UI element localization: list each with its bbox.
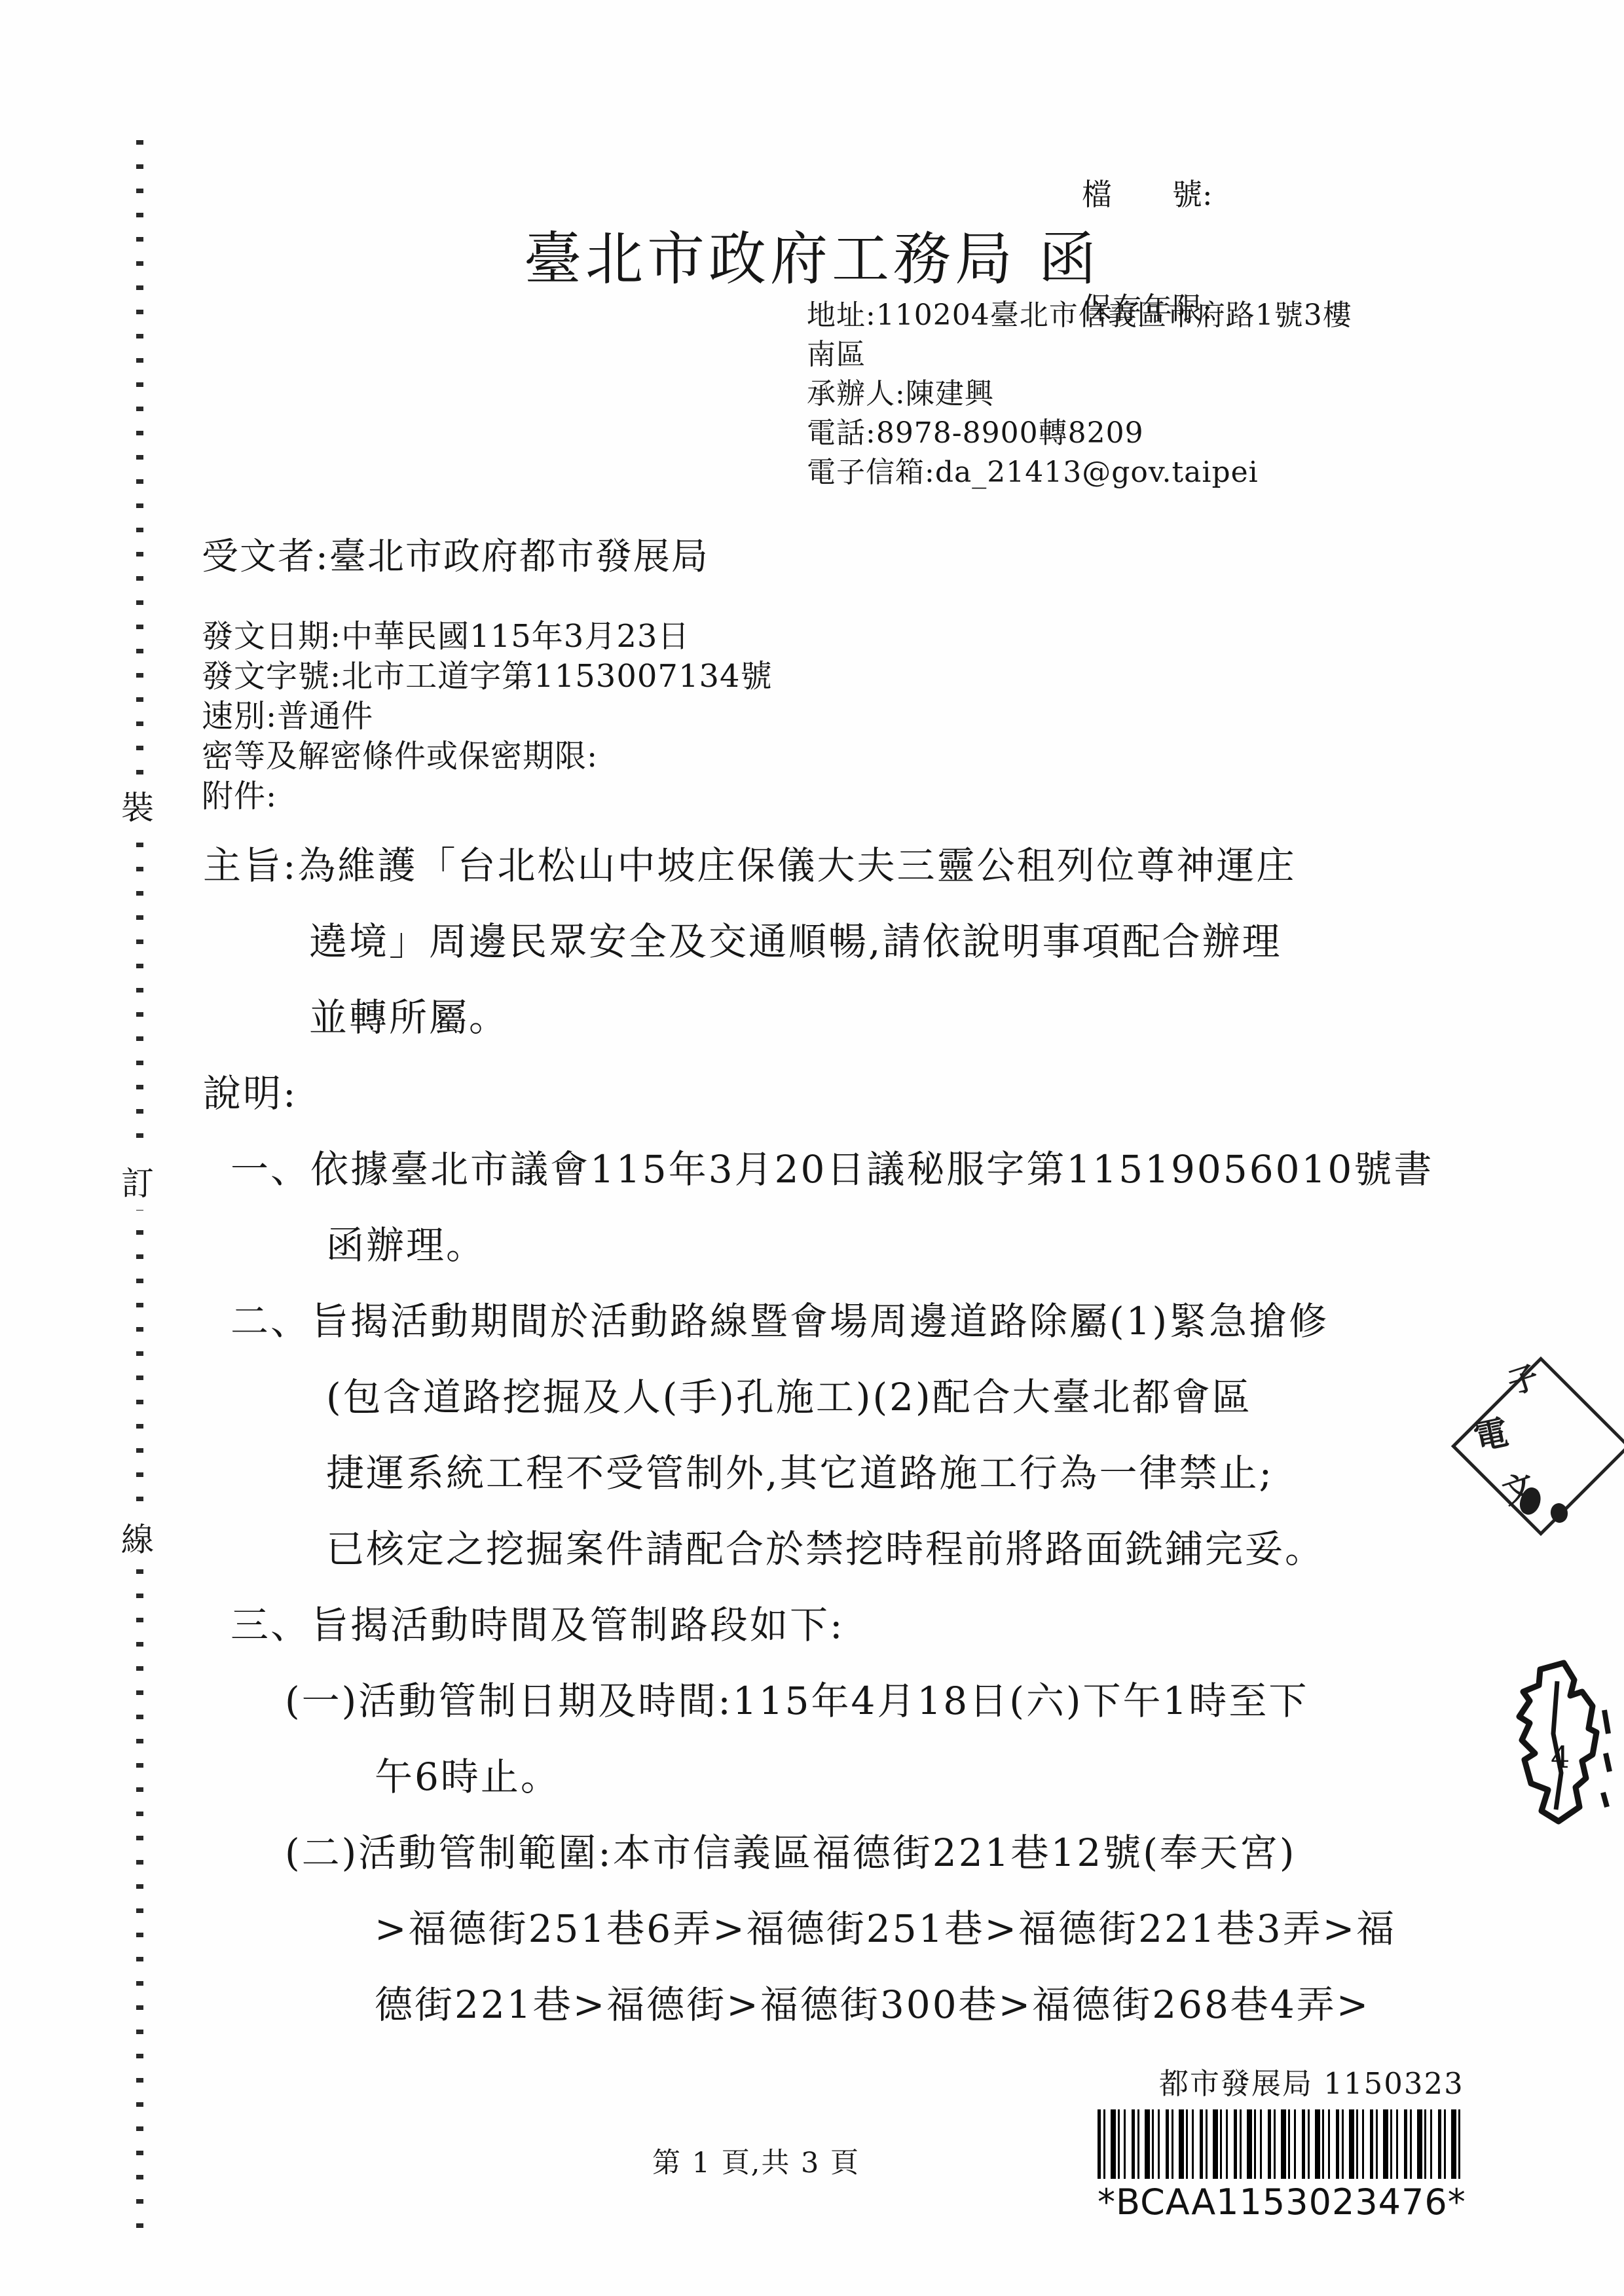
seal-edge-dashes xyxy=(1603,1710,1610,1807)
sender-phone: 電話:8978-8900轉8209 xyxy=(807,414,1352,453)
body-line-item3: 三、旨揭活動時間及管制路段如下: xyxy=(0,1587,1624,1663)
recipient-line: 受文者:臺北市政府都市發展局 xyxy=(202,528,709,580)
body-line: 德街221巷>福德街>福德街300巷>福德街268巷4弄> xyxy=(0,1967,1624,2043)
irregular-seal-mark: 4 xyxy=(1493,1655,1624,1845)
doc-number-line: 發文字號:北市工道字第1153007134號 xyxy=(202,657,773,697)
receiving-agency-stamp: 都市發展局 1150323 xyxy=(1159,2060,1464,2102)
sender-info-block: 地址:110204臺北市信義區市府路1號3樓 南區 承辦人:陳建興 電話:897… xyxy=(807,296,1352,492)
sender-contact: 承辦人:陳建興 xyxy=(807,374,1352,414)
body-line: 捷運系統工程不受管制外,其它道路施工行為一律禁止; xyxy=(0,1435,1624,1511)
sender-address-line2: 南區 xyxy=(807,335,1352,374)
issue-date-line: 發文日期:中華民國115年3月23日 xyxy=(202,617,773,657)
priority-line: 速別:普通件 xyxy=(202,697,773,737)
body-line: 午6時止。 xyxy=(0,1739,1624,1815)
letter-body: 主旨:為維護「台北松山中坡庄保儀大夫三靈公租列位尊神運庄 遶境」周邊民眾安全及交… xyxy=(0,828,1624,2043)
body-line: 遶境」周邊民眾安全及交通順暢,請依說明事項配合辦理 xyxy=(0,903,1624,979)
body-line: 並轉所屬。 xyxy=(0,979,1624,1055)
body-line-subject: 主旨:為維護「台北松山中坡庄保儀大夫三靈公租列位尊神運庄 xyxy=(0,828,1624,903)
doc-meta-block: 發文日期:中華民國115年3月23日 發文字號:北市工道字第1153007134… xyxy=(202,617,773,816)
body-line-sub-item2: (二)活動管制範圍:本市信義區福德街221巷12號(奉天宮) xyxy=(0,1815,1624,1891)
page-indicator: 第 1 頁,共 3 頁 xyxy=(652,2141,860,2181)
body-line-item2: 二、旨揭活動期間於活動路線暨會場周邊道路除屬(1)緊急搶修 xyxy=(0,1283,1624,1359)
file-number-label: 檔 號: xyxy=(1082,175,1213,213)
body-line-item1: 一、依據臺北市議會115年3月20日議秘服字第11519056010號書 xyxy=(0,1131,1624,1207)
barcode-value: *BCAA1153023476* xyxy=(1098,2181,1462,2223)
sender-address-line1: 地址:110204臺北市信義區市府路1號3樓 xyxy=(807,296,1352,335)
body-line: >福德街251巷6弄>福德街251巷>福德街221巷3弄>福 xyxy=(0,1891,1624,1967)
body-line: 函辦理。 xyxy=(0,1207,1624,1283)
binding-mark-zhuang: 裝 xyxy=(117,776,158,834)
attachment-line: 附件: xyxy=(202,776,773,816)
barcode xyxy=(1098,2109,1462,2179)
seal-number: 4 xyxy=(1551,1740,1570,1775)
body-line: 已核定之挖掘案件請配合於禁挖時程前將路面銑鋪完妥。 xyxy=(0,1511,1624,1587)
security-grade-line: 密等及解密條件或保密期限: xyxy=(202,737,773,776)
scanned-official-letter-page: 裝 訂 線 檔 號: 保存年限: 臺北市政府工務局 函 地址:110204臺北市… xyxy=(0,0,1624,2296)
body-line-explanation-label: 說明: xyxy=(0,1055,1624,1131)
document-title: 臺北市政府工務局 函 xyxy=(0,213,1624,296)
body-line: (包含道路挖掘及人(手)孔施工)(2)配合大臺北都會區 xyxy=(0,1359,1624,1435)
sender-email: 電子信箱:da_21413@gov.taipei xyxy=(807,453,1352,492)
body-line-sub-item1: (一)活動管制日期及時間:115年4月18日(六)下午1時至下 xyxy=(0,1663,1624,1739)
